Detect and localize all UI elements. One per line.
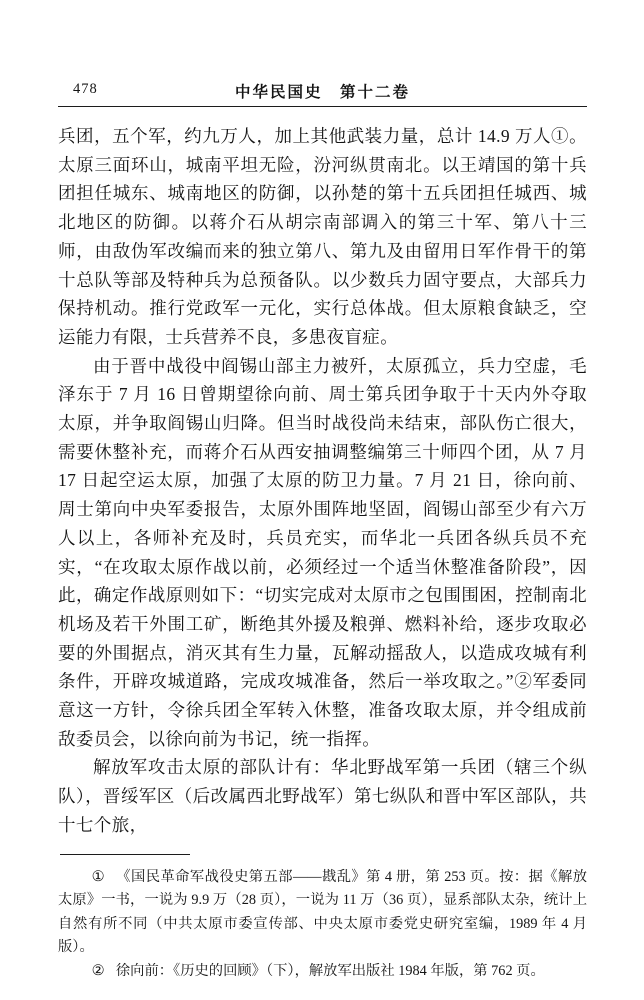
footnote: ①《国民革命军战役史第五部——戡乱》第 4 册，第 253 页。按：据《解放太原…	[58, 866, 587, 960]
footnote-marker: ①	[92, 869, 105, 885]
page-number: 478	[73, 81, 98, 98]
footnotes: ①《国民革命军战役史第五部——戡乱》第 4 册，第 253 页。按：据《解放太原…	[58, 866, 587, 984]
header-rule	[58, 106, 587, 107]
paragraph: 由于晋中战役中阎锡山部主力被歼，太原孤立，兵力空虚，毛泽东于 7 月 16 日曾…	[58, 352, 587, 754]
footnote: ②徐向前：《历史的回顾》（下），解放军出版社 1984 年版，第 762 页。	[58, 960, 587, 984]
footnote-text: 《国民革命军战役史第五部——戡乱》第 4 册，第 253 页。按：据《解放太原》…	[58, 869, 587, 956]
paragraph: 解放军攻击太原的部队计有：华北野战军第一兵团（辖三个纵队），晋绥军区（后改属西北…	[58, 753, 587, 839]
book-page: 478 中华民国史 第十二卷 兵团，五个军，约九万人，加上其他武装力量，总计 1…	[0, 0, 644, 1000]
footnote-marker: ②	[92, 963, 105, 979]
paragraph: 兵团，五个军，约九万人，加上其他武装力量，总计 14.9 万人①。太原三面环山，…	[58, 122, 587, 352]
body-text: 兵团，五个军，约九万人，加上其他武装力量，总计 14.9 万人①。太原三面环山，…	[58, 122, 587, 840]
page-header: 478 中华民国史 第十二卷	[58, 80, 587, 100]
footnote-text: 徐向前：《历史的回顾》（下），解放军出版社 1984 年版，第 762 页。	[116, 963, 545, 979]
running-title: 中华民国史 第十二卷	[58, 80, 587, 102]
footnote-separator	[60, 854, 190, 855]
